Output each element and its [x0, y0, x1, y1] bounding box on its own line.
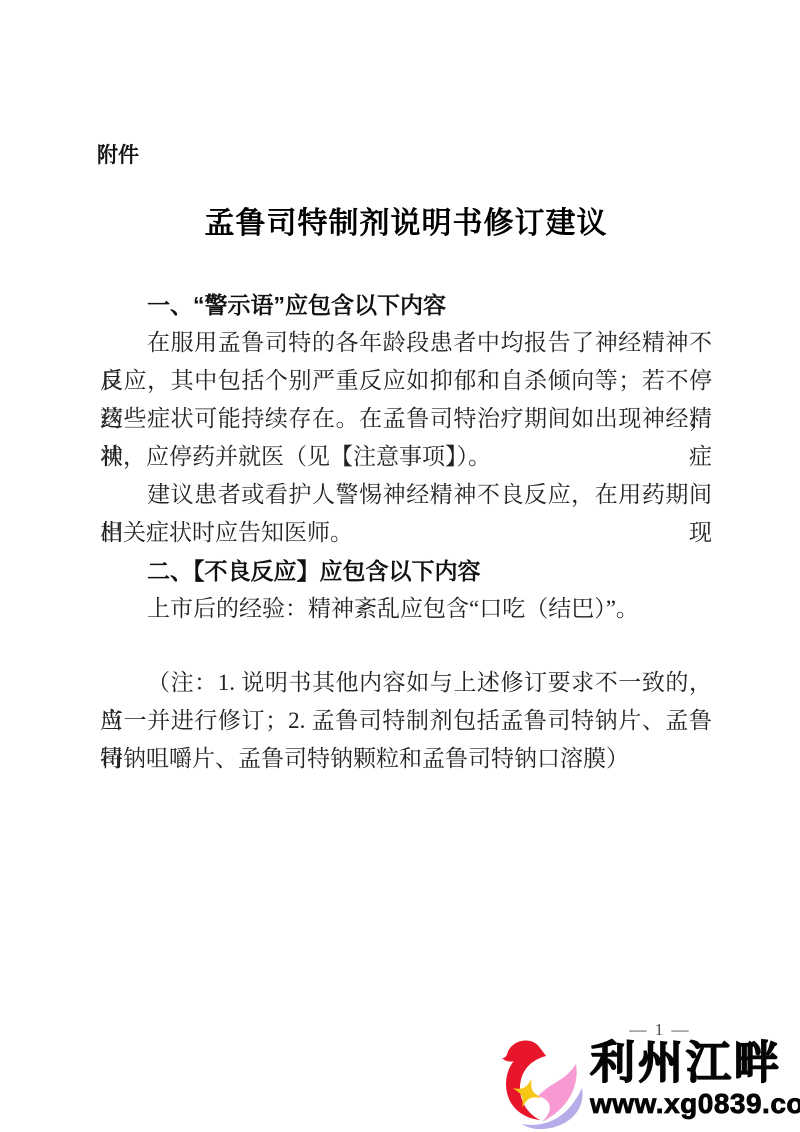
watermark-site-url: www.xg0839.com: [590, 1088, 800, 1120]
site-watermark: 利州江畔 www.xg0839.com: [494, 1038, 800, 1132]
paragraph-line: 上市后的经验：精神紊乱应包含“口吃（结巴）”。: [100, 590, 712, 628]
watermark-site-name: 利州江畔: [590, 1038, 800, 1088]
document-title: 孟鲁司特制剂说明书修订建议: [100, 198, 712, 242]
phoenix-bird-logo-icon: [494, 1038, 588, 1130]
document-body: 一、“警示语”应包含以下内容 在服用孟鲁司特的各年龄段患者中均报告了神经精神不良…: [100, 286, 712, 778]
attachment-label: 附件: [97, 139, 139, 169]
watermark-text-block: 利州江畔 www.xg0839.com: [590, 1038, 800, 1120]
note-line: 当一并进行修订；2. 孟鲁司特制剂包括孟鲁司特钠片、孟鲁司: [100, 702, 712, 740]
section-1-heading: 一、“警示语”应包含以下内容: [100, 286, 712, 324]
document-page: 附件 孟鲁司特制剂说明书修订建议 一、“警示语”应包含以下内容 在服用孟鲁司特的…: [0, 0, 800, 1132]
paragraph-line: 反应，其中包括个别严重反应如抑郁和自杀倾向等；若不停药，: [100, 362, 712, 400]
note-line: 特钠咀嚼片、孟鲁司特钠颗粒和孟鲁司特钠口溶膜）: [100, 740, 712, 778]
paragraph-line: 这些症状可能持续存在。在孟鲁司特治疗期间如出现神经精神症: [100, 400, 712, 438]
note-line: （注：1. 说明书其他内容如与上述修订要求不一致的，应: [100, 664, 712, 702]
section-2-heading: 二、【不良反应】应包含以下内容: [100, 552, 712, 590]
paragraph-line: 建议患者或看护人警惕神经精神不良反应，在用药期间出现: [100, 476, 712, 514]
paragraph-line: 在服用孟鲁司特的各年龄段患者中均报告了神经精神不良: [100, 324, 712, 362]
